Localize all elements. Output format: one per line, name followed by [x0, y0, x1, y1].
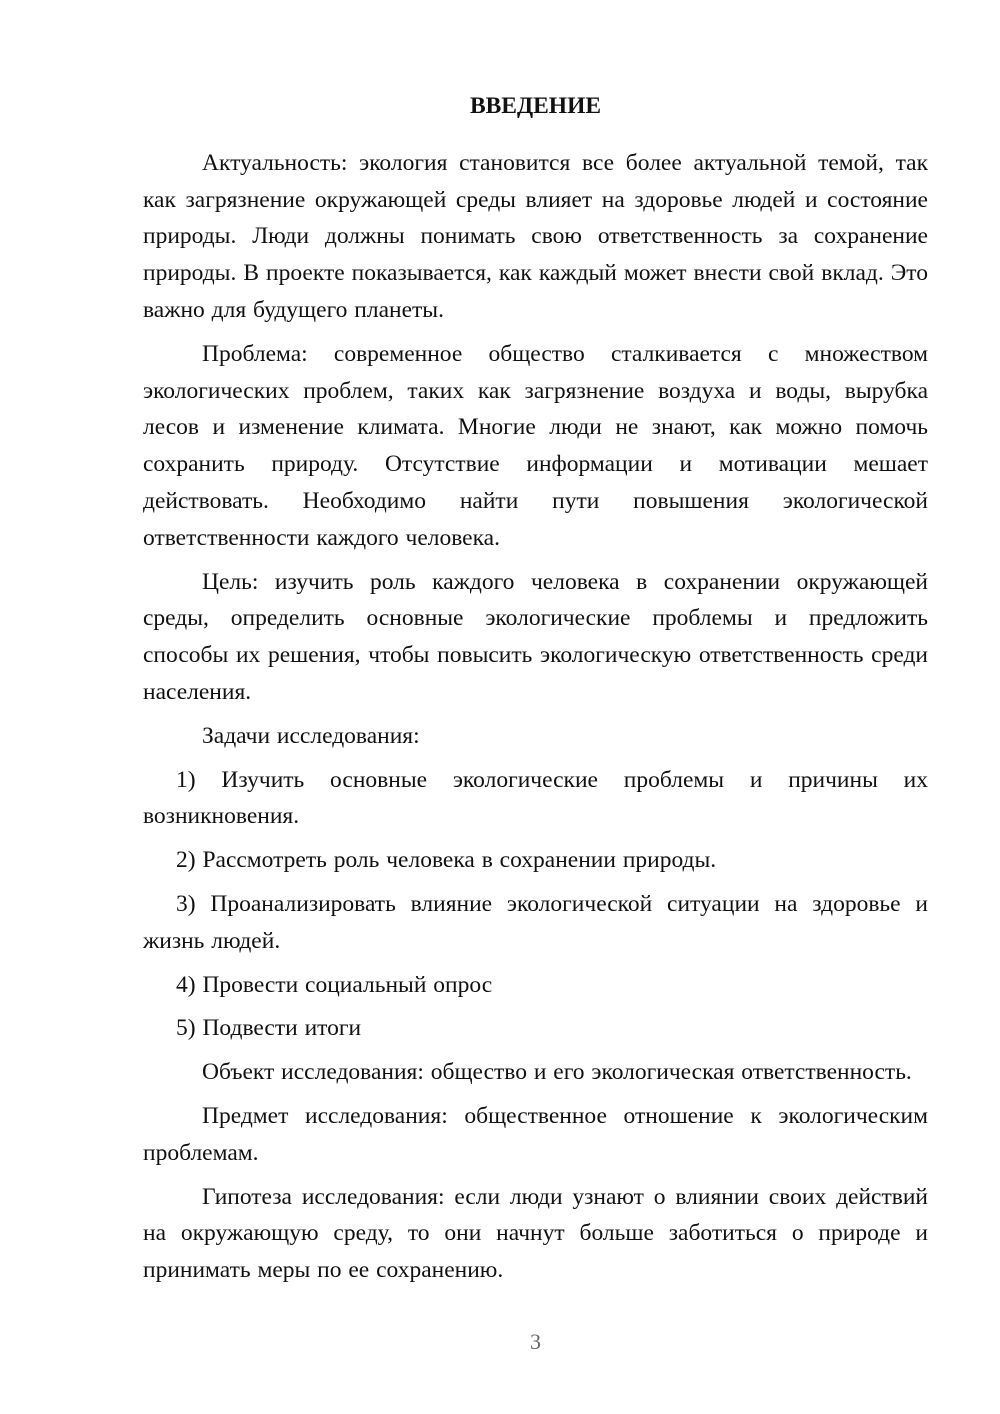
task-item-2: 2) Рассмотреть роль человека в сохранени… [143, 842, 928, 879]
task-item-1: 1) Изучить основные экологические пробле… [143, 762, 928, 836]
paragraph-relevance: Актуальность: экология становится все бо… [143, 145, 928, 329]
task-item-5: 5) Подвести итоги [143, 1010, 928, 1047]
paragraph-object: Объект исследования: общество и его экол… [143, 1054, 928, 1091]
task-item-3: 3) Проанализировать влияние экологическо… [143, 886, 928, 960]
paragraph-subject: Предмет исследования: общественное отнош… [143, 1098, 928, 1172]
paragraph-tasks-label: Задачи исследования: [143, 718, 928, 755]
paragraph-hypothesis: Гипотеза исследования: если люди узнают … [143, 1179, 928, 1289]
paragraph-goal: Цель: изучить роль каждого человека в со… [143, 564, 928, 711]
page-title: ВВЕДЕНИЕ [143, 88, 928, 125]
page-number: 3 [143, 1330, 928, 1354]
task-item-4: 4) Провести социальный опрос [143, 967, 928, 1004]
paragraph-problem: Проблема: современное общество сталкивае… [143, 336, 928, 557]
document-page: ВВЕДЕНИЕ Актуальность: экология становит… [0, 0, 1000, 1414]
